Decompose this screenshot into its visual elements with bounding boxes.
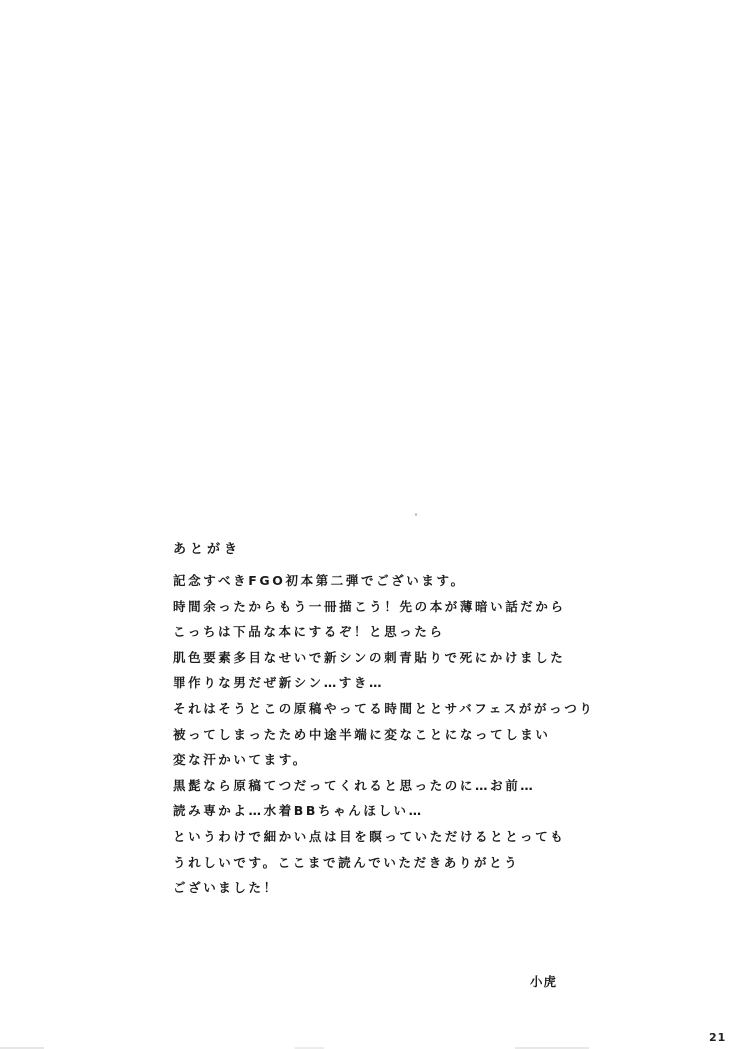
afterword-heading: あとがき bbox=[173, 541, 241, 559]
afterword-line: というわけで細かい点は目を瞑っていただけるととっても bbox=[173, 824, 594, 850]
afterword-line: それはそうとこの原稿やってる時間ととサバフェスががっつり bbox=[173, 696, 594, 722]
afterword-line: うれしいです。ここまで読んでいただきありがとう bbox=[173, 850, 594, 876]
page-number: 21 bbox=[709, 1031, 726, 1045]
afterword-body: 記念すべきFGO初本第二弾でございます。 時間余ったからもう一冊描こう！先の本が… bbox=[173, 568, 594, 901]
afterword-line: 罪作りな男だぜ新シン…すき… bbox=[173, 670, 594, 696]
book-page: あとがき 記念すべきFGO初本第二弾でございます。 時間余ったからもう一冊描こう… bbox=[0, 0, 736, 1049]
print-speck bbox=[415, 513, 417, 516]
afterword-line: 時間余ったからもう一冊描こう！先の本が薄暗い話だから bbox=[173, 594, 594, 620]
afterword-line: こっちは下品な本にするぞ！と思ったら bbox=[173, 619, 594, 645]
author-signature: 小虎 bbox=[530, 973, 557, 991]
afterword-line: 変な汗かいてます。 bbox=[173, 747, 594, 773]
afterword-line: 記念すべきFGO初本第二弾でございます。 bbox=[173, 568, 594, 594]
afterword-line: 被ってしまったため中途半端に変なことになってしまい bbox=[173, 722, 594, 748]
afterword-line: ございました！ bbox=[173, 875, 594, 901]
afterword-line: 読み専かよ…水着BBちゃんほしい… bbox=[173, 798, 594, 824]
afterword-line: 黒髭なら原稿てつだってくれると思ったのに…お前… bbox=[173, 773, 594, 799]
afterword-line: 肌色要素多目なせいで新シンの刺青貼りで死にかけました bbox=[173, 645, 594, 671]
